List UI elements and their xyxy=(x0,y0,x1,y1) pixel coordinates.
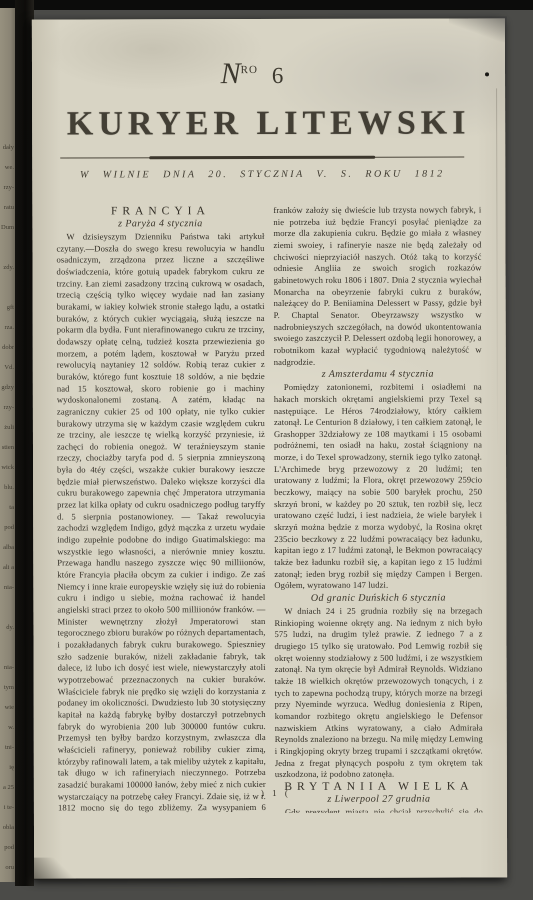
scanned-newspaper-page: dały we. rzy- ratu Dum zdy. gft rza. dob… xyxy=(0,0,533,900)
amsterdam-dateline: z Amszterdamu 4 stycznia xyxy=(274,369,482,381)
previous-page-edge: dały we. rzy- ratu Dum zdy. gft rza. dob… xyxy=(0,8,15,882)
issue-letter: N xyxy=(221,57,241,90)
danish-article-body: W dniach 24 i 25 grudnia rozbiły się na … xyxy=(274,605,482,780)
danish-border-dateline: Od granic Duńskich 6 stycznia xyxy=(274,592,482,604)
newspaper-title: KURYER LITEWSKI xyxy=(32,104,505,143)
amsterdam-article-body: Pomiędzy zatonionemi, rozbitemi i osiadł… xyxy=(274,382,483,592)
masthead-dateline: W WILNIE DNIA 20. STYCZNIA V. S. ROKU 18… xyxy=(32,168,492,180)
france-article-body: W dzisieyszym Dzienniku Państwa taki art… xyxy=(56,231,266,814)
scan-top-border xyxy=(0,0,533,10)
liverpool-dateline: z Liwerpool 27 grudnia xyxy=(275,793,483,805)
newspaper-sheet: NRO6 KURYER LITEWSKI W WILNIE DNIA 20. S… xyxy=(32,18,507,878)
previous-page-text-fragments: dały we. rzy- ratu Dum zdy. gft rza. dob… xyxy=(0,138,14,882)
sheet-signature-mark: ) 1 ( xyxy=(246,788,306,798)
masthead-rule-thick xyxy=(149,156,375,160)
paris-dateline: z Paryża 4 stycznia xyxy=(56,218,264,230)
paper-corner-shadow-bottom-left xyxy=(32,858,78,880)
text-columns: FRANCYIA z Paryża 4 stycznia W dzisieysz… xyxy=(56,204,483,813)
issue-number-line: NRO6 xyxy=(32,56,472,91)
issue-superscript: RO xyxy=(241,64,258,76)
masthead-rule xyxy=(60,155,464,159)
liverpool-article-body: Gdy prezydent miasta nie chciał przychyl… xyxy=(275,806,483,813)
section-heading-francyia: FRANCYIA xyxy=(56,205,264,218)
issue-number: 6 xyxy=(272,63,284,88)
france-article-continuation: franków założy się dwieście lub trzysta … xyxy=(273,204,481,368)
section-heading-britain: BRYTANIIA WIELKA xyxy=(275,780,483,793)
ink-spot xyxy=(485,72,489,76)
right-column: franków założy się dwieście lub trzysta … xyxy=(273,204,483,813)
left-column: FRANCYIA z Paryża 4 stycznia W dzisieysz… xyxy=(56,205,266,814)
paper-corner-shadow-top-right xyxy=(449,16,507,42)
binding-fold-shadow xyxy=(15,0,34,886)
